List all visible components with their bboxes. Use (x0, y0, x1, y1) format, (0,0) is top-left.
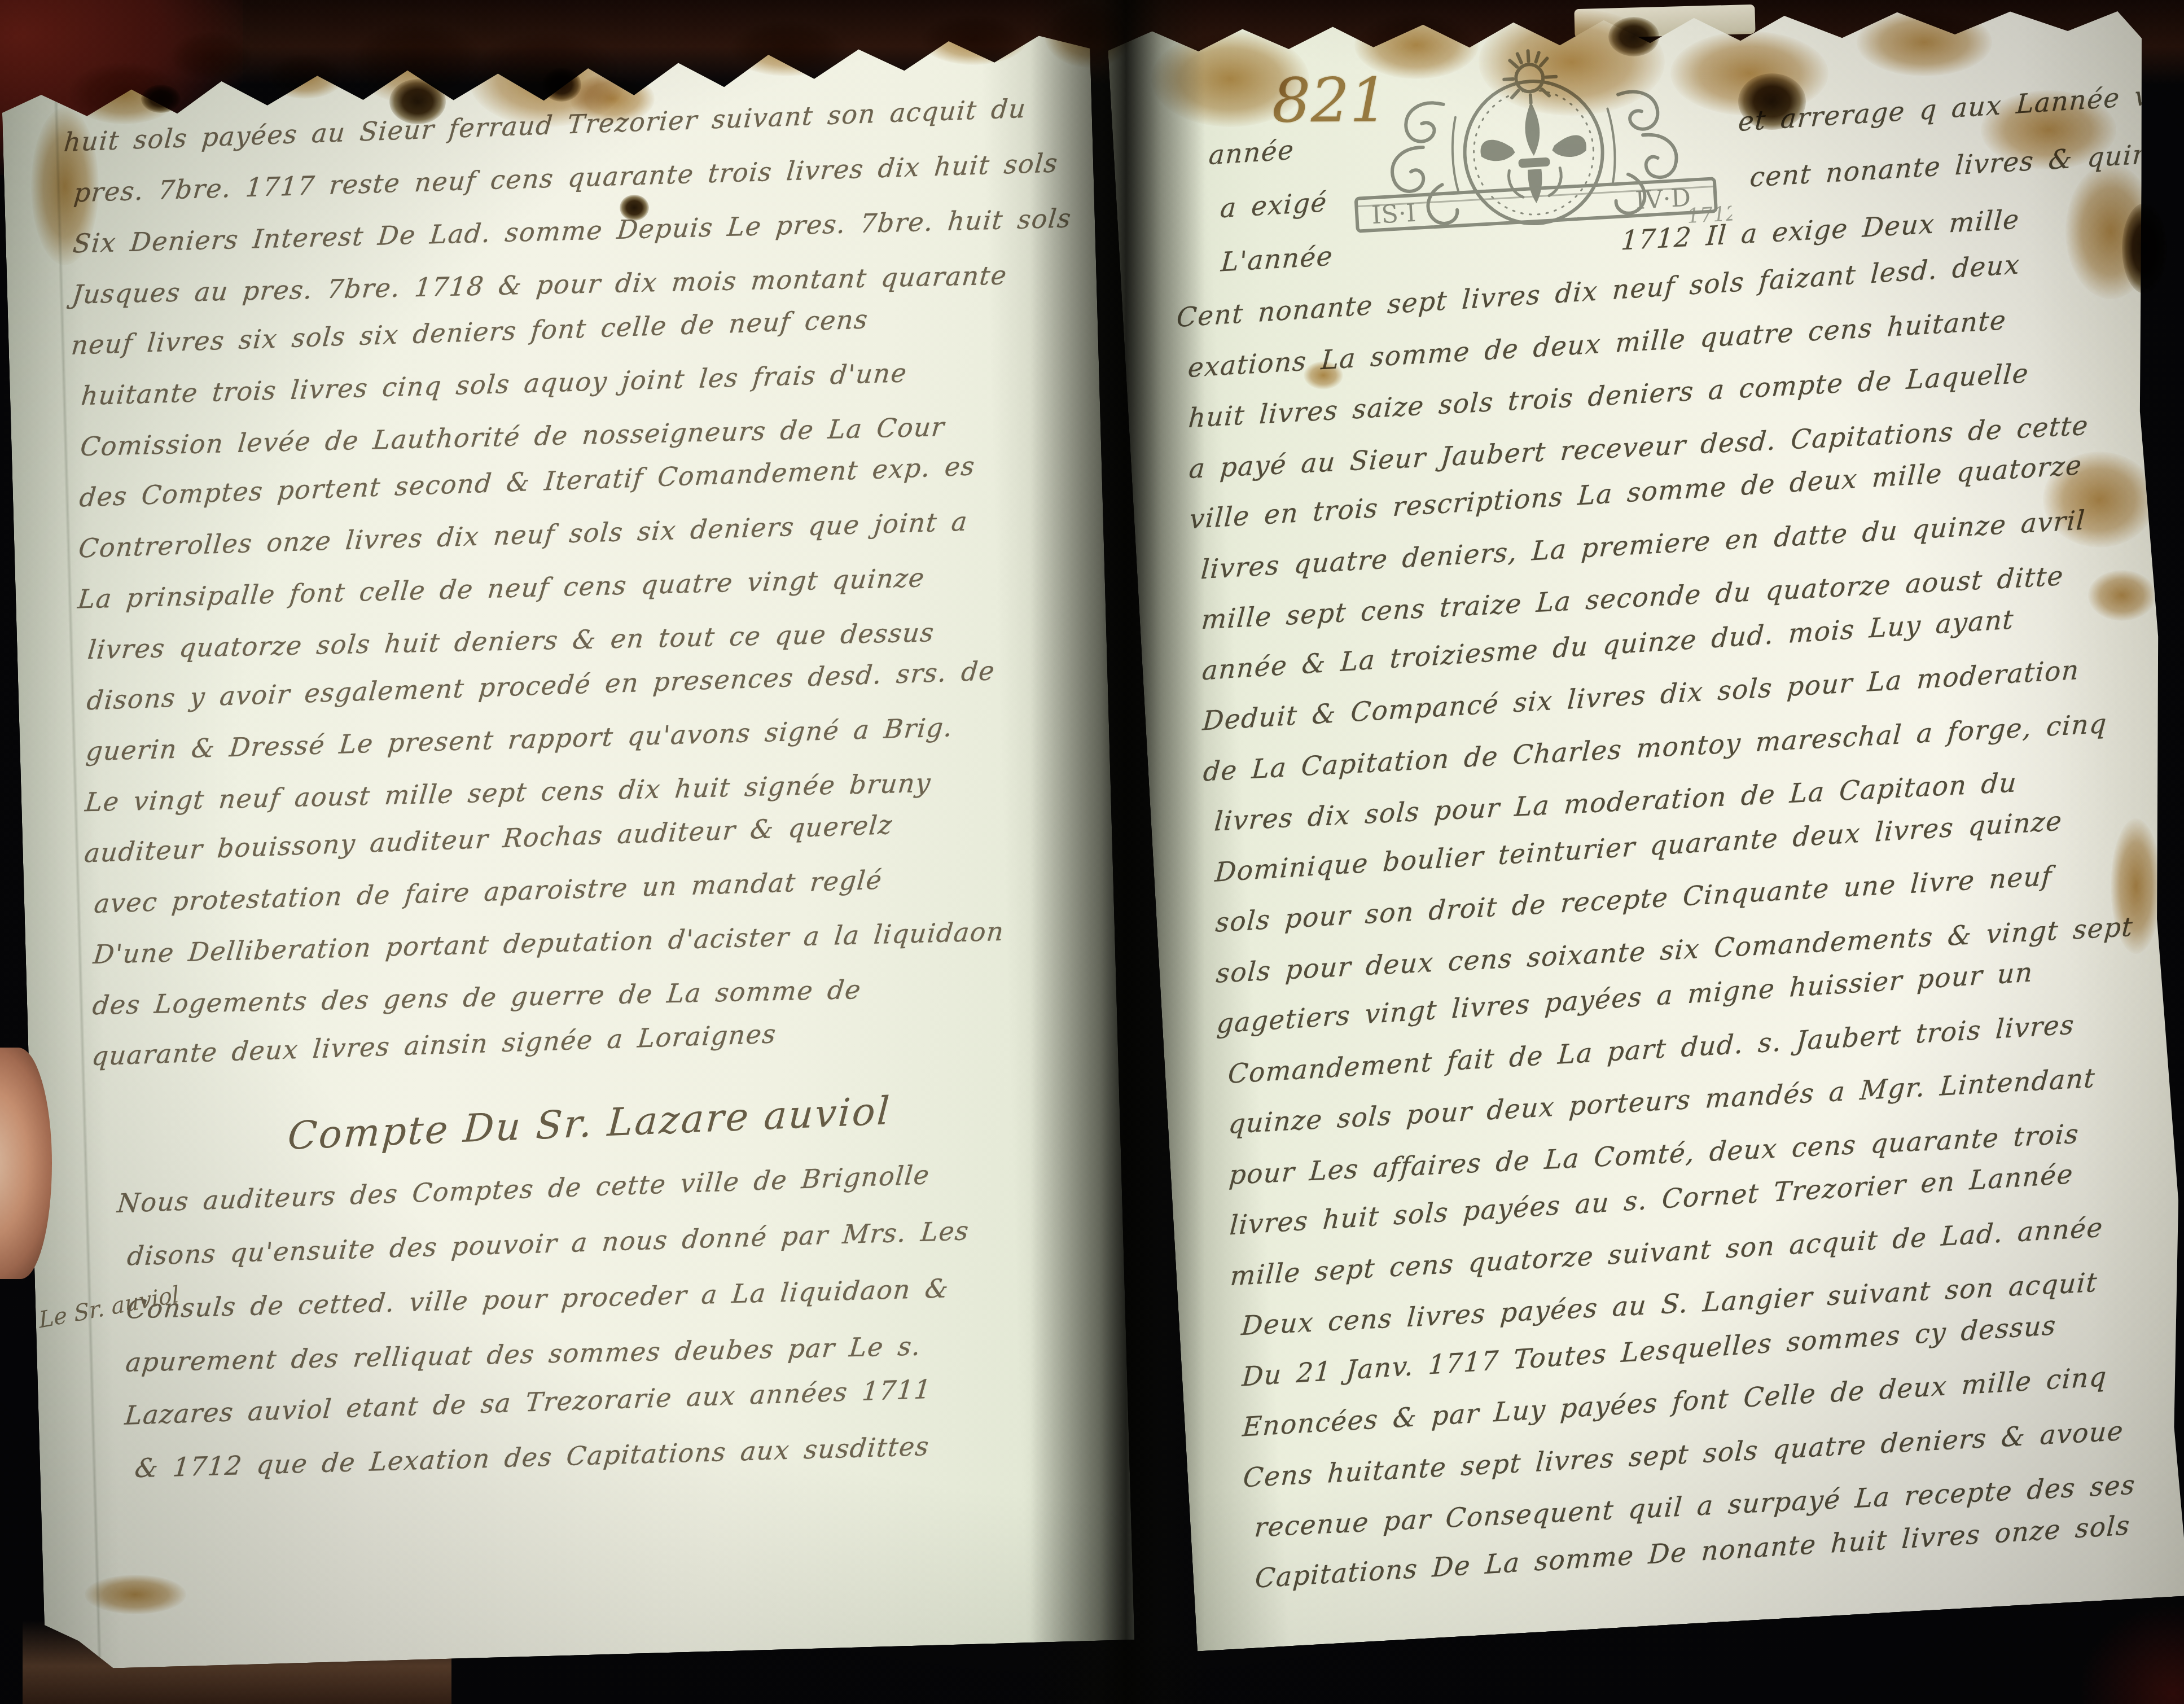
manuscript-line: pres. 7bre. 1717 reste neuf cens quarant… (72, 147, 1059, 208)
manuscript-line: Deduit & Compancé six livres dix sols po… (1201, 655, 2080, 737)
manuscript-line: D'une Delliberation portant deputation d… (92, 916, 1006, 970)
manuscript-line: livres quatre deniers, La premiere en da… (1200, 505, 2086, 585)
stamp-side-note-text: 1712 (1686, 202, 1733, 228)
manuscript-line: annéeet arrerage q aux Lannée va — (1208, 77, 2184, 171)
manuscript-line: sols pour deux cens soixante six Comande… (1215, 911, 2134, 989)
manuscript-line: pour Les affaires de La Comté, deux cens… (1228, 1118, 2080, 1190)
manuscript-photo: huit sols payées au Sieur ferraud Trezor… (0, 0, 2184, 1704)
manuscript-line: Du 21 Janv. 1717 Toutes Lesquelles somme… (1241, 1309, 2057, 1392)
manuscript-line: avec protestation de faire aparoistre un… (93, 864, 884, 919)
manuscript-line: auditeur bouissony auditeur Rochas audit… (83, 809, 894, 869)
manuscript-line: des Logements des gens de guerre de La s… (91, 974, 862, 1020)
manuscript-line: disons y avoir esgalement procedé en pre… (86, 655, 997, 716)
line-fragment: 1712 Il a exige Deux mille (1620, 204, 2021, 257)
manuscript-line: Deux cens livres payées au S. Langier su… (1240, 1267, 2099, 1342)
manuscript-line: huitante trois livres cinq sols aquoy jo… (80, 357, 909, 411)
manuscript-line: Comandement fait de La part dud. s. Jaub… (1227, 1009, 2076, 1090)
margin-word: L'année (1220, 225, 1622, 278)
manuscript-line: guerin & Dressé Le present rapport qu'av… (85, 712, 954, 766)
manuscript-line: ville en trois rescriptions La somme de … (1189, 450, 2083, 535)
manuscript-line: Dominique boulier teinturier quarante de… (1214, 805, 2063, 888)
manuscript-line: Nous auditeurs des Comptes de cette vill… (116, 1159, 931, 1219)
manuscript-line: a payé au Sieur Jaubert receveur desd. C… (1188, 410, 2090, 485)
manuscript-line: exations La somme de deux mille quatre c… (1187, 305, 2007, 384)
manuscript-line: mille sept cens quatorze suivant son acq… (1229, 1212, 2104, 1292)
manuscript-line: livres quatorze sols huit deniers & en t… (86, 617, 936, 665)
manuscript-line: apurement des relliquat des sommes deube… (124, 1331, 923, 1378)
line-fragment: cent nonante livres & quinze — (1749, 134, 2184, 193)
page-number: 821 (1272, 65, 1389, 137)
manuscript-line: sols pour son droit de recepte Cinquante… (1214, 861, 2053, 939)
manuscript-line: Enoncées & par Luy payées font Celle de … (1242, 1361, 2108, 1443)
manuscript-line: gagetiers vingt livres payées a migne hu… (1216, 957, 2034, 1040)
manuscript-line: Consuls de cetted. ville pour proceder a… (125, 1273, 950, 1324)
book-leather-corner (2077, 1603, 2184, 1704)
manuscript-line: quarante deux livres ainsin signée a Lor… (90, 1018, 778, 1071)
manuscript-line: des Comptes portent second & Iteratif Co… (78, 450, 977, 512)
left-page: huit sols payées au Sieur ferraud Trezor… (0, 3, 1134, 1670)
section-heading: Compte Du Sr. Lazare auviol (272, 1088, 906, 1159)
manuscript-line: livres dix sols pour La moderation de La… (1213, 767, 2018, 837)
manuscript-line: livres huit sols payées au s. Cornet Tre… (1229, 1159, 2075, 1241)
manuscript-line: Contrerolles onze livres dix neuf sols s… (77, 506, 969, 564)
manuscript-line: huit sols payées au Sieur ferraud Trezor… (63, 93, 1028, 157)
manuscript-line: Six Deniers Interest De Lad. somme Depui… (72, 203, 1073, 259)
manuscript-line: recenue par Consequent quil a surpayé La… (1253, 1470, 2137, 1544)
margin-word: a exigé (1220, 162, 1751, 224)
manuscript-line: Le vingt neuf aoust mille sept cens dix … (84, 768, 932, 818)
manuscript-line: & 1712 que de Lexation des Capitations a… (133, 1431, 931, 1483)
manuscript-line: huit livres saize sols trois deniers a c… (1187, 358, 2030, 434)
manuscript-line: Comission levée de Lauthorité de nosseig… (79, 411, 946, 462)
manuscript-line: a exigécent nonante livres & quinze — (1220, 134, 2184, 224)
manuscript-line: Lazares auviol etant de sa Trezorarie au… (124, 1374, 933, 1431)
fiscal-stamp-fleur-de-lis-icon: IS·I IV·D 1712 (1334, 34, 1733, 245)
manuscript-line: Capitations De La somme De nonante huit … (1254, 1510, 2131, 1595)
manuscript-line: disons qu'ensuite des pouvoir a nous don… (126, 1215, 971, 1271)
manuscript-line: quinze sols pour deux porteurs mandés a … (1227, 1063, 2097, 1140)
manuscript-line: mille sept cens traize La seconde du qua… (1200, 560, 2065, 636)
manuscript-line: L'année1712 Il a exige Deux mille (1220, 204, 2021, 278)
stamp-band-left-text: IS·I (1371, 199, 1417, 230)
manuscript-line: Jusques au pres. 7bre. 1718 & pour dix m… (71, 260, 1008, 309)
stamp-band-right-text: IV·D (1634, 183, 1691, 215)
line-fragment: et arrerage q aux Lannée va — (1737, 77, 2184, 138)
right-page: 821 (1106, 0, 2184, 1651)
manuscript-line: de La Capitation de Charles montoy mares… (1202, 708, 2108, 787)
manuscript-line: neuf livres six sols six deniers font ce… (70, 304, 870, 361)
margin-note: Le Sr. auviol (38, 1281, 180, 1334)
margin-word: année (1208, 107, 1739, 172)
page-crease (54, 100, 102, 1657)
manuscript-line: La prinsipalle font celle de neuf cens q… (76, 562, 926, 614)
manuscript-line: Cens huitante sept livres sept sols quat… (1242, 1415, 2125, 1493)
manuscript-line: Cent nonante sept livres dix neuf sols f… (1176, 249, 2021, 334)
manuscript-line: année & La troiziesme du quinze dud. moi… (1201, 604, 2015, 686)
